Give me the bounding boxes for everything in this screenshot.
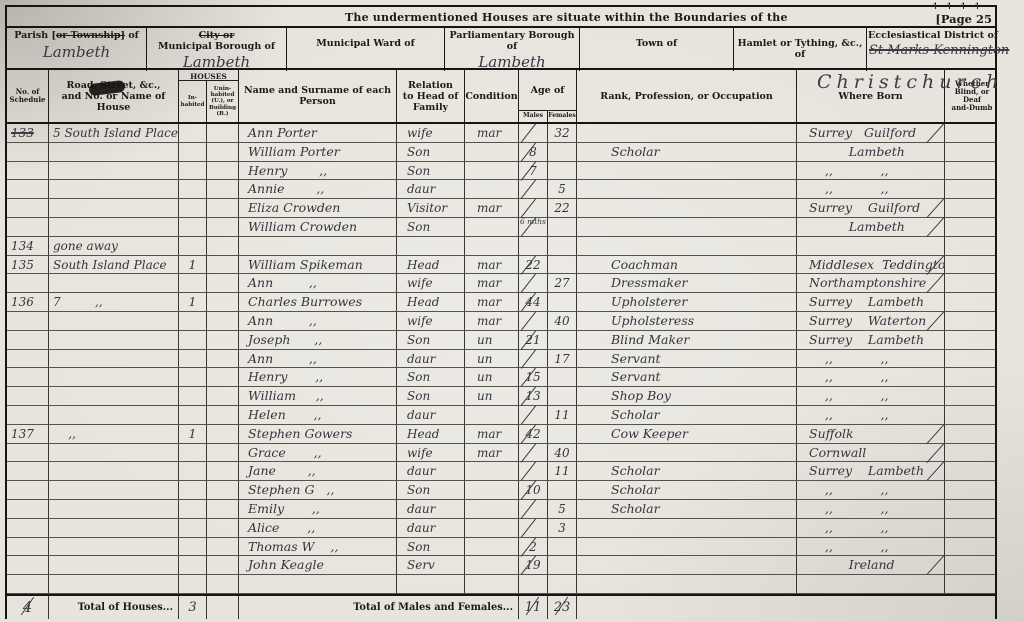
cell-road	[49, 274, 179, 292]
cell-occupation: Blind Maker	[577, 331, 797, 349]
cell-blind-deaf	[945, 274, 999, 292]
cell-blind-deaf	[945, 481, 999, 499]
cell-houses-uninhabited	[207, 274, 239, 292]
table-row: Joseph ,, Son un 21 Blind Maker Surrey L…	[7, 331, 995, 350]
cell-where-born: Surrey Guilford	[797, 199, 945, 217]
cell-name: Grace ,,	[239, 444, 397, 462]
boundary-ward: Municipal Ward of	[287, 28, 445, 71]
cell-condition	[465, 556, 519, 574]
cell-relation: wife	[397, 444, 465, 462]
cell-age-female	[548, 143, 577, 161]
cell-where-born: ,, ,,	[797, 387, 945, 405]
empty-cell	[577, 596, 797, 619]
cell-schedule	[7, 462, 49, 480]
boundary-parish-value: Lambeth	[7, 43, 146, 61]
cell-relation: daur	[397, 519, 465, 537]
cell-houses-inhabited	[179, 199, 207, 217]
cell-blind-deaf	[945, 218, 999, 236]
cell-houses-uninhabited	[207, 556, 239, 574]
cell-road	[49, 444, 179, 462]
cell-road	[49, 500, 179, 518]
cell-schedule	[7, 406, 49, 424]
cell-name: William Spikeman	[239, 256, 397, 274]
cell-name: Ann ,,	[239, 350, 397, 368]
cell-relation: daur	[397, 180, 465, 198]
cell-age-male	[519, 274, 548, 292]
cell-road: gone away	[49, 237, 179, 255]
table-row: 137 ,, 1 Stephen Gowers Head mar 42 Cow …	[7, 425, 995, 444]
cell-age-male: 22	[519, 256, 548, 274]
cell-age-female: 32	[548, 124, 577, 142]
cell-road	[49, 218, 179, 236]
cell-houses-inhabited	[179, 481, 207, 499]
cell-condition: mar	[465, 124, 519, 142]
cell-name: Annie ,,	[239, 180, 397, 198]
cell-occupation	[577, 199, 797, 217]
cell-schedule	[7, 162, 49, 180]
cell-occupation	[577, 162, 797, 180]
cell-age-female	[548, 575, 577, 593]
label-text: Parish [	[14, 30, 56, 41]
totals-row: 4 Total of Houses... 3 Total of Males an…	[5, 594, 997, 619]
cell-condition: mar	[465, 274, 519, 292]
cell-age-female	[548, 481, 577, 499]
table-row: 136 7 ,, 1 Charles Burrowes Head mar 44 …	[7, 293, 995, 312]
cell-houses-uninhabited	[207, 481, 239, 499]
cell-road	[49, 406, 179, 424]
cell-schedule	[7, 368, 49, 386]
census-page-scan: { "page": { "note": "The undermentioned …	[0, 0, 1024, 622]
cell-blind-deaf	[945, 199, 999, 217]
cell-schedule: 134	[7, 237, 49, 255]
cell-age-male: 44	[519, 293, 548, 311]
cell-houses-inhabited	[179, 143, 207, 161]
cell-name	[239, 575, 397, 593]
cell-name	[239, 237, 397, 255]
cell-occupation: Cow Keeper	[577, 425, 797, 443]
houses-group-title: HOUSES	[179, 70, 238, 81]
table-row: John Keagle Serv 19 Ireland	[7, 556, 995, 575]
boundary-parish-label: Parish [or Township] of	[7, 31, 146, 42]
cell-age-male	[519, 462, 548, 480]
table-row: Helen ,, daur 11 Scholar ,, ,,	[7, 406, 995, 425]
table-row: Henry ,, Son un 15 Servant ,, ,,	[7, 368, 995, 387]
cell-blind-deaf	[945, 350, 999, 368]
cell-schedule	[7, 218, 49, 236]
table-row: 135 South Island Place 1 William Spikema…	[7, 256, 995, 275]
page-number: [Page 25	[935, 12, 992, 26]
cell-name: William Crowden	[239, 218, 397, 236]
cell-houses-uninhabited	[207, 538, 239, 556]
cell-name: Thomas W ,,	[239, 538, 397, 556]
cell-schedule	[7, 556, 49, 574]
cell-age-male: 2	[519, 538, 548, 556]
cell-occupation: Scholar	[577, 500, 797, 518]
table-row: Ann ,, daur un 17 Servant ,, ,,	[7, 350, 995, 369]
cell-where-born: ,, ,,	[797, 162, 945, 180]
cell-blind-deaf	[945, 444, 999, 462]
cell-road	[49, 556, 179, 574]
cell-houses-inhabited	[179, 538, 207, 556]
cell-age-male	[519, 444, 548, 462]
cell-name: Stephen G ,,	[239, 481, 397, 499]
cell-relation: wife	[397, 312, 465, 330]
cell-name: William ,,	[239, 387, 397, 405]
cell-blind-deaf	[945, 331, 999, 349]
cell-age-female	[548, 218, 577, 236]
cell-occupation	[577, 180, 797, 198]
cell-houses-uninhabited	[207, 256, 239, 274]
cell-condition: un	[465, 387, 519, 405]
cell-houses-inhabited	[179, 237, 207, 255]
cell-condition	[465, 575, 519, 593]
cell-blind-deaf	[945, 519, 999, 537]
cell-relation: Serv	[397, 556, 465, 574]
cell-where-born: ,, ,,	[797, 406, 945, 424]
cell-occupation	[577, 237, 797, 255]
cell-condition	[465, 237, 519, 255]
boundary-ecclesiastical-label: Ecclesiastical District of	[867, 31, 999, 42]
boundaries-row: Parish [or Township] of Lambeth City or …	[5, 26, 997, 70]
cell-schedule: 136	[7, 293, 49, 311]
cell-blind-deaf	[945, 500, 999, 518]
cell-schedule	[7, 274, 49, 292]
cell-name: John Keagle	[239, 556, 397, 574]
cell-houses-uninhabited	[207, 218, 239, 236]
cell-occupation	[577, 218, 797, 236]
column-header-name: Name and Surname of each Person	[239, 70, 397, 122]
cell-occupation: Scholar	[577, 481, 797, 499]
cell-road	[49, 180, 179, 198]
cell-age-male	[519, 500, 548, 518]
cell-road	[49, 575, 179, 593]
cell-age-male	[519, 180, 548, 198]
census-sheet: 1111 The undermentioned Houses are situa…	[5, 5, 997, 619]
cell-relation: Head	[397, 425, 465, 443]
cell-houses-uninhabited	[207, 500, 239, 518]
cell-houses-uninhabited	[207, 387, 239, 405]
cell-relation: Head	[397, 256, 465, 274]
header-band: 1111 The undermentioned Houses are situa…	[5, 5, 997, 26]
cell-relation: Son	[397, 143, 465, 161]
cell-schedule	[7, 444, 49, 462]
cell-age-male	[519, 124, 548, 142]
cell-road	[49, 519, 179, 537]
cell-condition: un	[465, 368, 519, 386]
cell-where-born: Surrey Lambeth	[797, 462, 945, 480]
cell-relation: Son	[397, 162, 465, 180]
cell-houses-inhabited: 1	[179, 425, 207, 443]
cell-relation: Son	[397, 368, 465, 386]
cell-houses-inhabited	[179, 556, 207, 574]
table-row: Ann ,, wife mar 27 Dressmaker Northampto…	[7, 274, 995, 293]
total-males-females-label: Total of Males and Females...	[239, 596, 519, 619]
cell-blind-deaf	[945, 556, 999, 574]
cell-condition: un	[465, 331, 519, 349]
cell-age-female	[548, 368, 577, 386]
table-row: William ,, Son un 13 Shop Boy ,, ,,	[7, 387, 995, 406]
cell-blind-deaf	[945, 293, 999, 311]
cell-occupation: Scholar	[577, 406, 797, 424]
cell-road	[49, 162, 179, 180]
cell-age-male	[519, 199, 548, 217]
cell-condition	[465, 218, 519, 236]
cell-age-male: 10	[519, 481, 548, 499]
cell-age-male	[519, 575, 548, 593]
cell-name: Joseph ,,	[239, 331, 397, 349]
table-row: Henry ,, Son 7 ,, ,,	[7, 162, 995, 181]
cell-occupation: Coachman	[577, 256, 797, 274]
cell-houses-uninhabited	[207, 331, 239, 349]
cell-houses-inhabited	[179, 274, 207, 292]
cell-where-born: Surrey Waterton	[797, 312, 945, 330]
cell-condition: mar	[465, 444, 519, 462]
column-header-condition: Condition	[465, 70, 519, 122]
table-row: Emily ,, daur 5 Scholar ,, ,,	[7, 500, 995, 519]
cell-name: Jane ,,	[239, 462, 397, 480]
table-row: Jane ,, daur 11 Scholar Surrey Lambeth	[7, 462, 995, 481]
cell-blind-deaf	[945, 538, 999, 556]
cell-relation: Son	[397, 387, 465, 405]
cell-where-born	[797, 237, 945, 255]
cell-relation: Visitor	[397, 199, 465, 217]
total-houses-label: Total of Houses...	[49, 596, 179, 619]
cell-schedule	[7, 350, 49, 368]
cell-condition	[465, 162, 519, 180]
cell-condition: mar	[465, 425, 519, 443]
cell-age-male: 8	[519, 143, 548, 161]
cell-age-male	[519, 406, 548, 424]
column-header-schedule: No. of Schedule	[7, 70, 49, 122]
cell-houses-inhabited	[179, 462, 207, 480]
cell-age-male	[519, 312, 548, 330]
cell-houses-inhabited	[179, 444, 207, 462]
cell-houses-uninhabited	[207, 162, 239, 180]
cell-schedule	[7, 500, 49, 518]
cell-houses-inhabited	[179, 331, 207, 349]
cell-road	[49, 312, 179, 330]
cell-road	[49, 143, 179, 161]
cell-houses-uninhabited	[207, 312, 239, 330]
cell-relation: Son	[397, 481, 465, 499]
cell-schedule	[7, 331, 49, 349]
cell-schedule	[7, 481, 49, 499]
cell-occupation: Scholar	[577, 462, 797, 480]
cell-blind-deaf	[945, 237, 999, 255]
cell-occupation: Servant	[577, 350, 797, 368]
boundaries-note: The undermentioned Houses are situate wi…	[345, 11, 788, 24]
boundary-ecclesiastical-value: St Marks Kennington	[869, 43, 1009, 58]
cell-age-female	[548, 293, 577, 311]
cell-road: 5 South Island Place	[49, 124, 179, 142]
table-row: William Porter Son 8 Scholar Lambeth	[7, 143, 995, 162]
cell-age-male	[519, 350, 548, 368]
boundary-borough: City or Municipal Borough of Lambeth	[147, 28, 287, 71]
cell-relation	[397, 237, 465, 255]
cell-age-female	[548, 256, 577, 274]
males-total: 11	[519, 596, 548, 619]
table-row: 133 5 South Island Place Ann Porter wife…	[7, 124, 995, 143]
cell-relation: Son	[397, 538, 465, 556]
cell-condition: un	[465, 350, 519, 368]
cell-blind-deaf	[945, 575, 999, 593]
cell-blind-deaf	[945, 162, 999, 180]
boundary-town: Town of	[580, 28, 734, 71]
cell-name: Ann ,,	[239, 312, 397, 330]
cell-name: Henry ,,	[239, 162, 397, 180]
column-header-males: Males	[519, 111, 548, 122]
empty-cell	[797, 596, 945, 619]
cell-age-female	[548, 556, 577, 574]
age-subheaders: Males Females	[519, 110, 576, 122]
table-row: Grace ,, wife mar 40 Cornwall	[7, 444, 995, 463]
boundary-hamlet: Hamlet or Tything, &c., of	[734, 28, 867, 71]
cell-age-male: 7	[519, 162, 548, 180]
cell-schedule: 135	[7, 256, 49, 274]
cell-relation	[397, 575, 465, 593]
cell-condition	[465, 519, 519, 537]
houses-subheaders: In- habited Unin- habited (U.), or Build…	[179, 81, 238, 122]
age-group-title: Age of	[519, 70, 576, 110]
cell-age-male: 15	[519, 368, 548, 386]
column-header-inhabited: In- habited	[179, 81, 207, 122]
cell-occupation: Shop Boy	[577, 387, 797, 405]
cell-where-born: ,, ,,	[797, 500, 945, 518]
cell-condition	[465, 406, 519, 424]
cell-where-born: Surrey Guilford	[797, 124, 945, 142]
cell-occupation	[577, 575, 797, 593]
cell-age-female: 5	[548, 180, 577, 198]
cell-where-born: Lambeth	[797, 143, 945, 161]
cell-road: South Island Place	[49, 256, 179, 274]
cell-occupation: Upholsterer	[577, 293, 797, 311]
enumerator-mark: 4	[7, 596, 49, 619]
cell-occupation	[577, 124, 797, 142]
cell-age-male	[519, 237, 548, 255]
cell-relation: Son	[397, 218, 465, 236]
boundary-ecclesiastical: Ecclesiastical District of St Marks Kenn…	[867, 28, 999, 71]
cell-name: Alice ,,	[239, 519, 397, 537]
cell-where-born: ,, ,,	[797, 538, 945, 556]
cell-condition	[465, 143, 519, 161]
cell-where-born: ,, ,,	[797, 350, 945, 368]
cell-where-born: Suffolk	[797, 425, 945, 443]
cell-where-born: Surrey Lambeth	[797, 331, 945, 349]
cell-age-male: 21	[519, 331, 548, 349]
cell-relation: daur	[397, 406, 465, 424]
table-row: William Crowden Son 6 mths Lambeth	[7, 218, 995, 237]
column-header-relation: Relation to Head of Family	[397, 70, 465, 122]
cell-occupation: Dressmaker	[577, 274, 797, 292]
table-row: Eliza Crowden Visitor mar 22 Surrey Guil…	[7, 199, 995, 218]
cell-blind-deaf	[945, 425, 999, 443]
cell-schedule	[7, 180, 49, 198]
cell-schedule	[7, 312, 49, 330]
cell-occupation: Servant	[577, 368, 797, 386]
cell-road: ,,	[49, 425, 179, 443]
cell-name: Ann ,,	[239, 274, 397, 292]
cell-age-male: 42	[519, 425, 548, 443]
census-rows: 133 5 South Island Place Ann Porter wife…	[5, 124, 997, 594]
cell-houses-uninhabited	[207, 406, 239, 424]
cell-name: William Porter	[239, 143, 397, 161]
boundary-borough-struck: City or	[147, 31, 286, 42]
cell-houses-uninhabited	[207, 350, 239, 368]
boundary-parliamentary-label: Parliamentary Borough of	[445, 31, 579, 52]
empty-cell	[207, 596, 239, 619]
cell-age-female: 5	[548, 500, 577, 518]
cell-houses-inhabited	[179, 124, 207, 142]
cell-where-born: Cornwall	[797, 444, 945, 462]
cell-houses-inhabited	[179, 350, 207, 368]
cell-houses-uninhabited	[207, 293, 239, 311]
cell-houses-inhabited: 1	[179, 293, 207, 311]
cell-age-female	[548, 538, 577, 556]
cell-road	[49, 368, 179, 386]
cell-name: Emily ,,	[239, 500, 397, 518]
cell-houses-inhabited	[179, 500, 207, 518]
cell-schedule: 137	[7, 425, 49, 443]
cell-age-female	[548, 237, 577, 255]
boundary-parliamentary-value: Lambeth	[445, 53, 579, 71]
table-row: 134 gone away	[7, 237, 995, 256]
cell-road	[49, 481, 179, 499]
cell-houses-uninhabited	[207, 575, 239, 593]
cell-road	[49, 387, 179, 405]
cell-where-born: Surrey Lambeth	[797, 293, 945, 311]
cell-age-female: 3	[548, 519, 577, 537]
column-header-age: Age of Males Females	[519, 70, 577, 122]
cell-houses-inhabited	[179, 162, 207, 180]
cell-name: Stephen Gowers	[239, 425, 397, 443]
boundary-town-label: Town of	[580, 39, 733, 50]
cell-condition: mar	[465, 312, 519, 330]
cell-houses-uninhabited	[207, 444, 239, 462]
label-text: of	[125, 30, 139, 41]
cell-houses-inhabited	[179, 387, 207, 405]
cell-road	[49, 462, 179, 480]
cell-houses-inhabited: 1	[179, 256, 207, 274]
cell-condition	[465, 500, 519, 518]
cell-relation: wife	[397, 274, 465, 292]
cell-houses-inhabited	[179, 406, 207, 424]
cell-name: Ann Porter	[239, 124, 397, 142]
cell-blind-deaf	[945, 406, 999, 424]
cell-age-female	[548, 387, 577, 405]
cell-schedule	[7, 199, 49, 217]
archive-stamp: 1111	[932, 1, 988, 9]
boundary-borough-value: Lambeth	[147, 53, 286, 71]
cell-age-female: 22	[548, 199, 577, 217]
column-header-uninhabited: Unin- habited (U.), or Building (B.)	[207, 81, 238, 122]
cell-occupation: Upholsteress	[577, 312, 797, 330]
cell-blind-deaf	[945, 256, 999, 274]
cell-relation: Son	[397, 331, 465, 349]
cell-houses-inhabited	[179, 312, 207, 330]
column-header-occupation: Rank, Profession, or Occupation	[577, 70, 797, 122]
cell-occupation	[577, 444, 797, 462]
cell-blind-deaf	[945, 462, 999, 480]
females-total: 23	[548, 596, 577, 619]
cell-condition: mar	[465, 199, 519, 217]
cell-blind-deaf	[945, 180, 999, 198]
cell-schedule	[7, 575, 49, 593]
cell-blind-deaf	[945, 368, 999, 386]
cell-age-female	[548, 162, 577, 180]
cell-road: 7 ,,	[49, 293, 179, 311]
cell-age-male: 19	[519, 556, 548, 574]
cell-occupation	[577, 556, 797, 574]
